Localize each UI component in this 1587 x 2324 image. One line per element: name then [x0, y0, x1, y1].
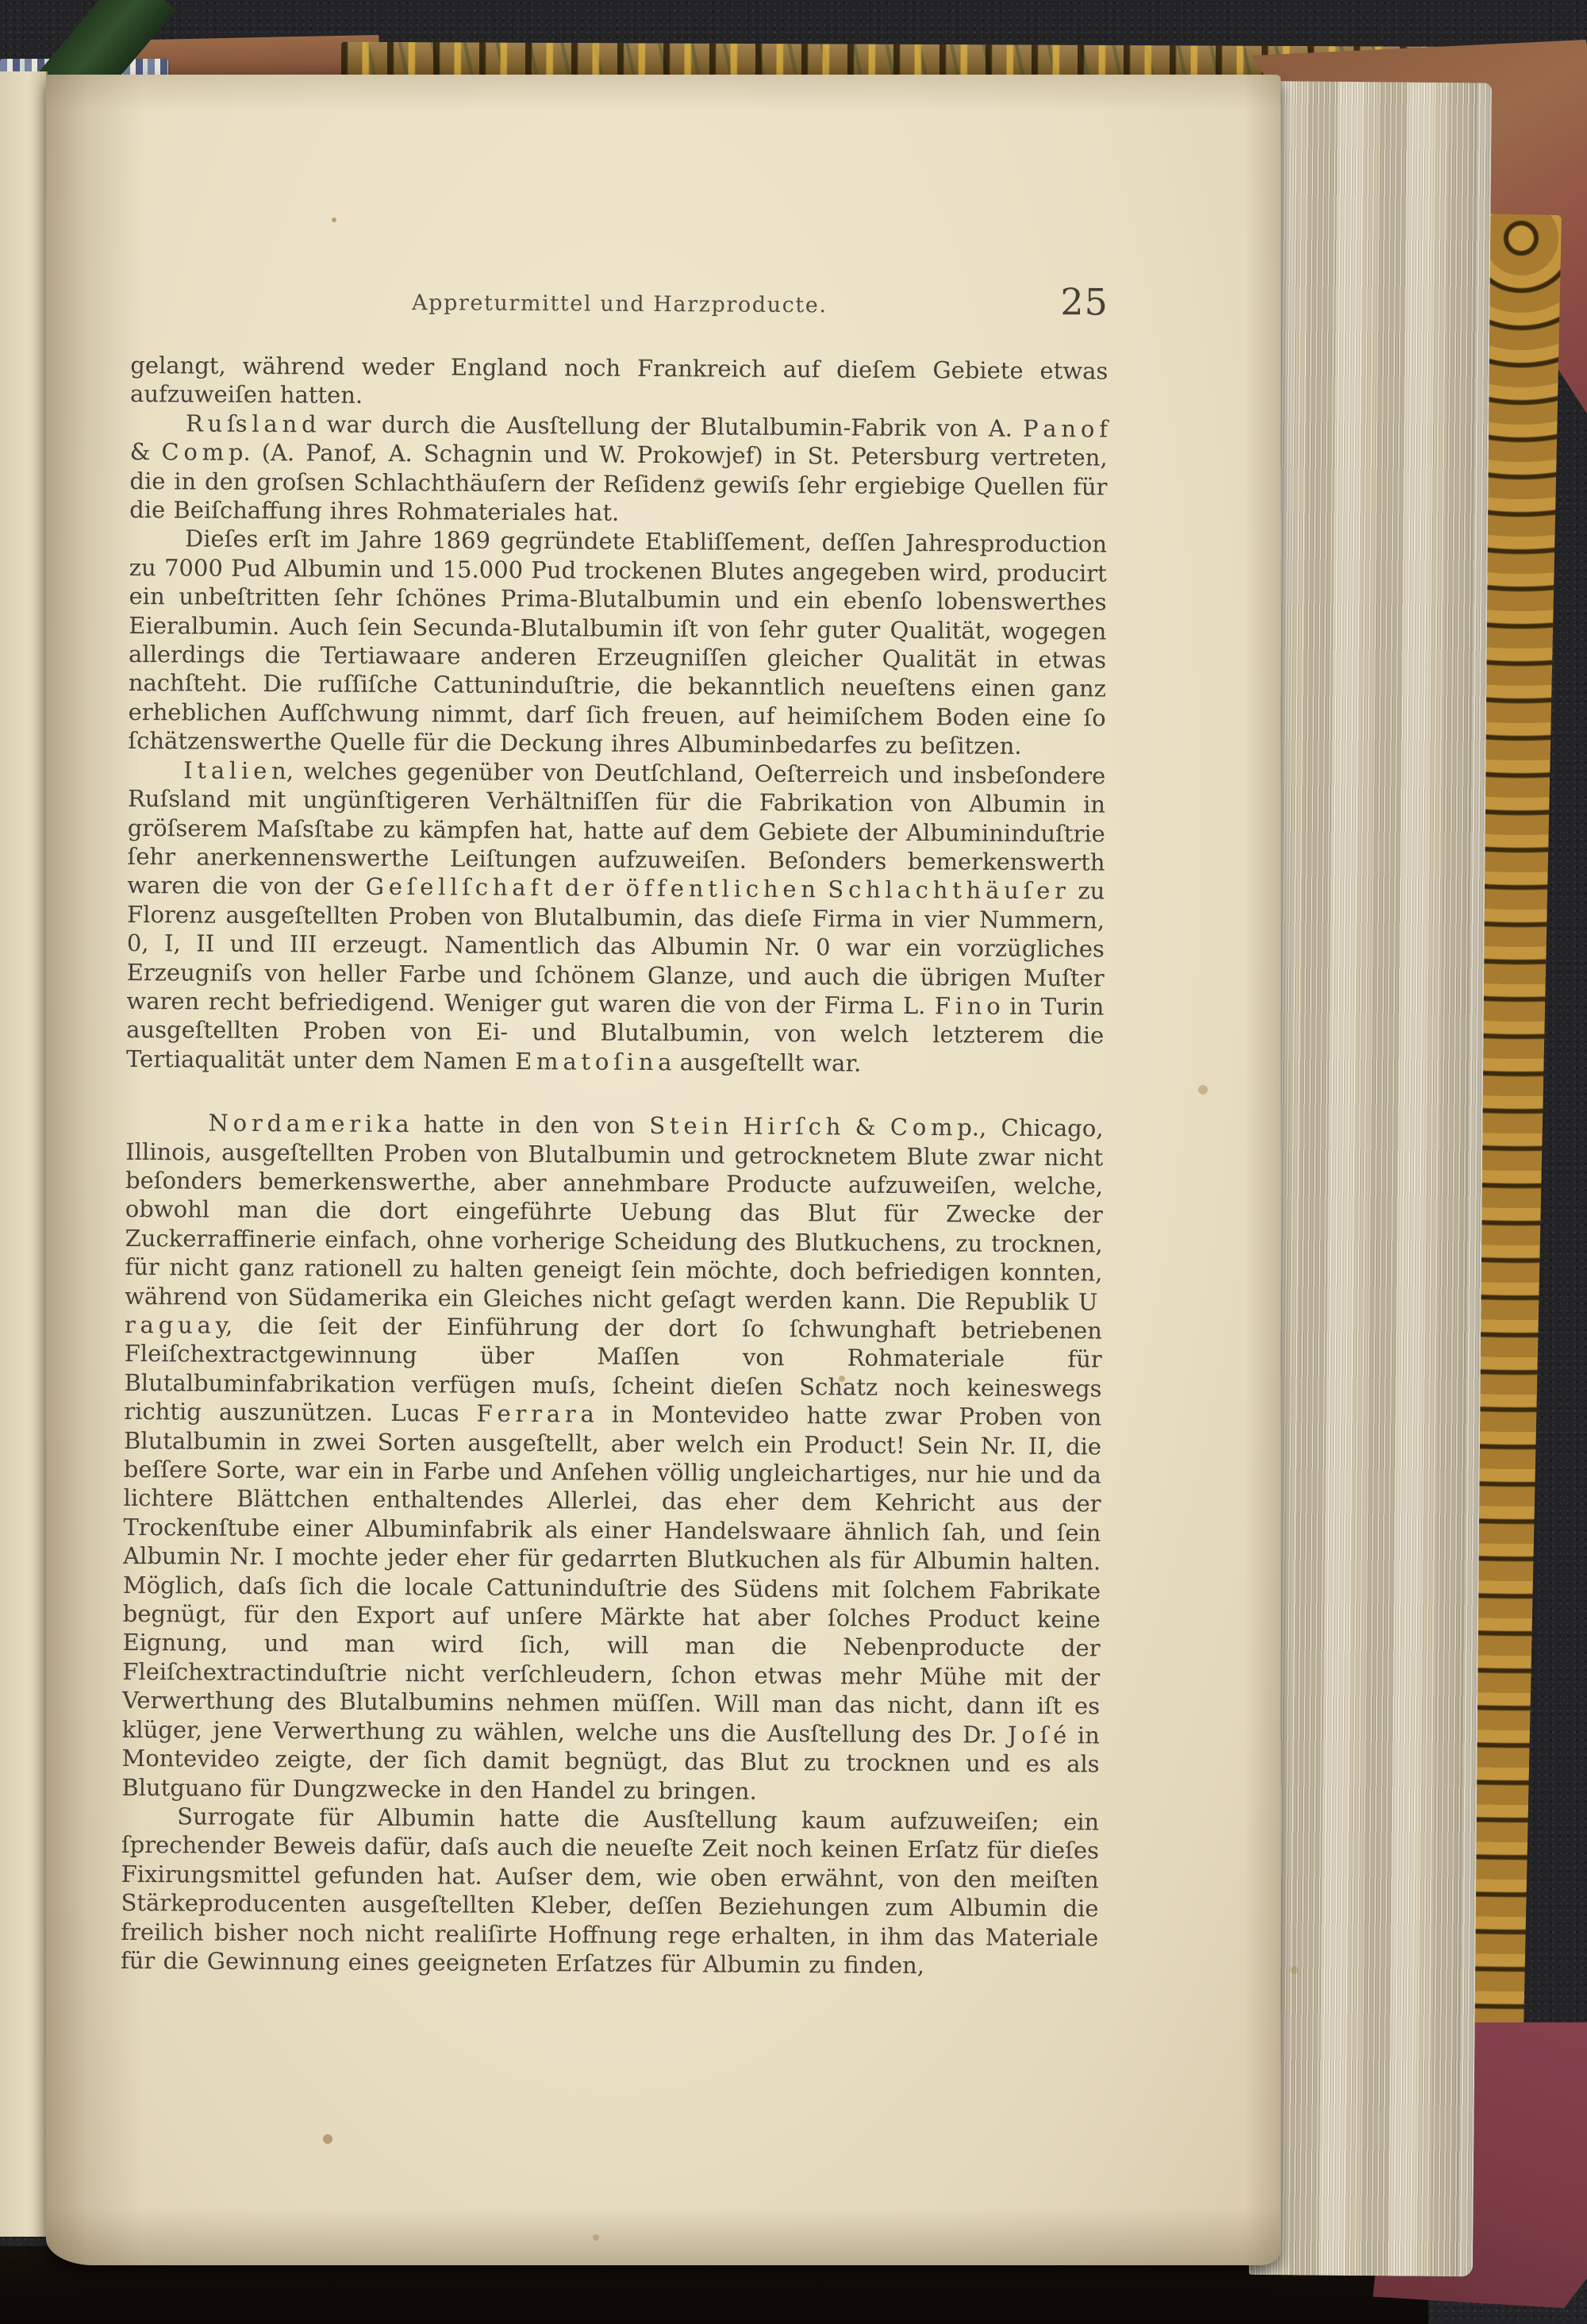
body-paragraph: I t a l i e n, welches gegenüber von Deu…: [126, 756, 1105, 1079]
body-paragraph: gelangt, während weder England noch Fran…: [130, 351, 1108, 414]
body-paragraph: Surrogate für Albumin hatte die Ausſtell…: [121, 1802, 1099, 1981]
foxing-spots: [332, 217, 336, 222]
running-head-row: Appreturmittel und Harzproducte. 25: [131, 279, 1109, 330]
printed-page-content: Appreturmittel und Harzproducte. 25 gela…: [121, 279, 1109, 1981]
running-header: Appreturmittel und Harzproducte.: [131, 279, 1109, 320]
page-block-fore-edge: [1249, 81, 1492, 2276]
body-paragraph: N o r d a m e r i k a hatte in den von S…: [121, 1108, 1103, 1807]
body-text: gelangt, während weder England noch Fran…: [121, 351, 1108, 1981]
page-number: 25: [1060, 280, 1109, 323]
book-photo: Appreturmittel und Harzproducte. 25 gela…: [0, 0, 1587, 2324]
body-paragraph: Dieſes erſt im Jahre 1869 gegründete Eta…: [128, 524, 1107, 761]
gutter-page-sliver: [0, 71, 48, 2237]
body-paragraph: R u ſs l a n d war durch die Ausſtellung…: [129, 409, 1108, 530]
